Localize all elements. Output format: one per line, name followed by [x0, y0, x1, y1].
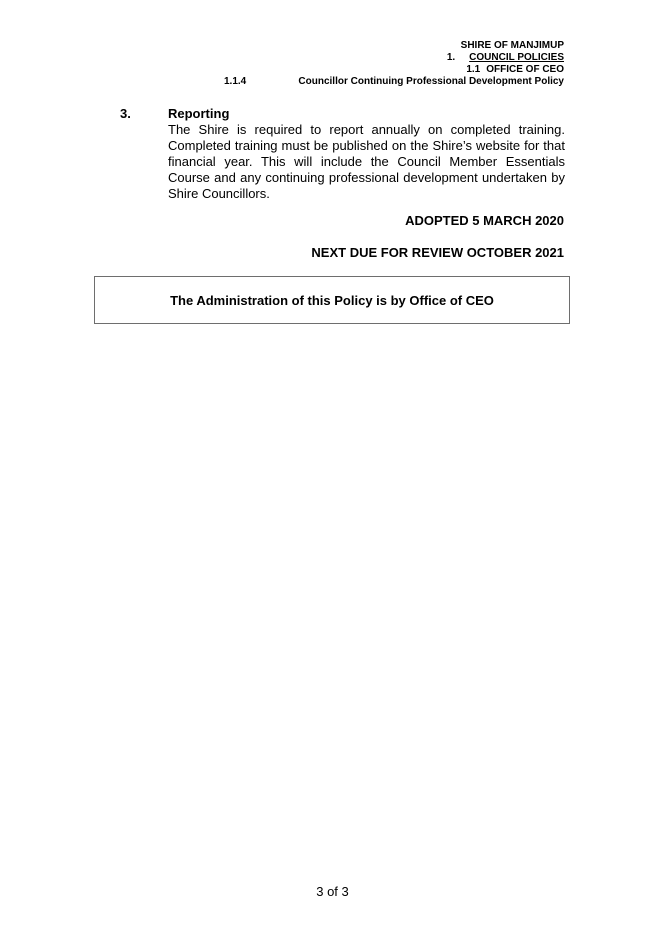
header-section: 1.COUNCIL POLICIES	[447, 52, 564, 64]
adopted-date: ADOPTED 5 MARCH 2020	[405, 213, 564, 228]
administration-box: The Administration of this Policy is by …	[94, 276, 570, 324]
header-policy-title: Councillor Continuing Professional Devel…	[298, 76, 564, 88]
header-policy-number: 1.1.4	[224, 76, 246, 88]
next-review-date: NEXT DUE FOR REVIEW OCTOBER 2021	[311, 245, 564, 260]
section-number: 3.	[120, 106, 131, 122]
header-section-title: COUNCIL POLICIES	[469, 52, 564, 63]
header-subsection: 1.1OFFICE OF CEO	[466, 64, 564, 76]
administration-note: The Administration of this Policy is by …	[170, 293, 494, 308]
header-organisation: SHIRE OF MANJIMUP	[461, 40, 564, 52]
page-number: 3 of 3	[0, 884, 665, 899]
header-section-number: 1.	[447, 52, 455, 63]
header-subsection-number: 1.1	[466, 64, 480, 75]
section-body: The Shire is required to report annually…	[168, 122, 565, 202]
header-subsection-title: OFFICE OF CEO	[486, 64, 564, 75]
section-title: Reporting	[168, 106, 229, 122]
